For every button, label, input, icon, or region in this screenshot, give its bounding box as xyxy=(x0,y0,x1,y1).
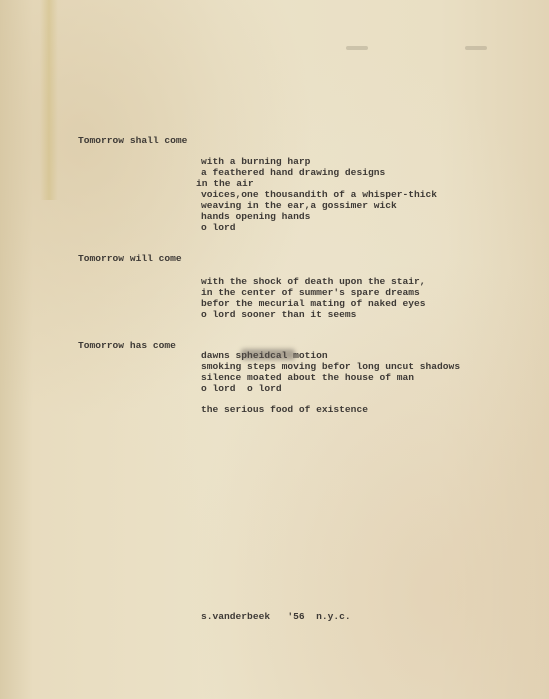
stanza-heading: Tomorrow will come xyxy=(78,253,182,264)
ink-smudge xyxy=(241,349,295,360)
poem-line: a feathered hand drawing designs xyxy=(201,167,385,178)
poem-line: o lord o lord xyxy=(201,383,282,394)
poem-line: o lord xyxy=(201,222,236,233)
poem-line: silence moated about the house of man xyxy=(201,372,414,383)
poem-line: with a burning harp xyxy=(201,156,310,167)
typewritten-poem-page: Tomorrow shall come with a burning harp … xyxy=(0,0,549,699)
poem-coda: the serious food of existence xyxy=(201,404,368,415)
poem-line: with the shock of death upon the stair, xyxy=(201,276,426,287)
poem-line: in the air xyxy=(196,178,254,189)
paper-fold-stain xyxy=(40,0,58,200)
poem-line: weaving in the ear,a gossimer wick xyxy=(201,200,397,211)
poem-line: in the center of summer's spare dreams xyxy=(201,287,420,298)
poem-line: hands opening hands xyxy=(201,211,310,222)
stanza-heading: Tomorrow shall come xyxy=(78,135,187,146)
signature: s.vanderbeek '56 n.y.c. xyxy=(201,611,351,622)
faint-mark xyxy=(346,46,368,50)
poem-line: befor the mecurial mating of naked eyes xyxy=(201,298,426,309)
poem-line: voices,one thousandith of a whisper-thic… xyxy=(201,189,437,200)
poem-line: o lord sooner than it seems xyxy=(201,309,356,320)
faint-mark xyxy=(465,46,487,50)
poem-line: smoking steps moving befor long uncut sh… xyxy=(201,361,460,372)
stanza-heading: Tomorrow has come xyxy=(78,340,176,351)
